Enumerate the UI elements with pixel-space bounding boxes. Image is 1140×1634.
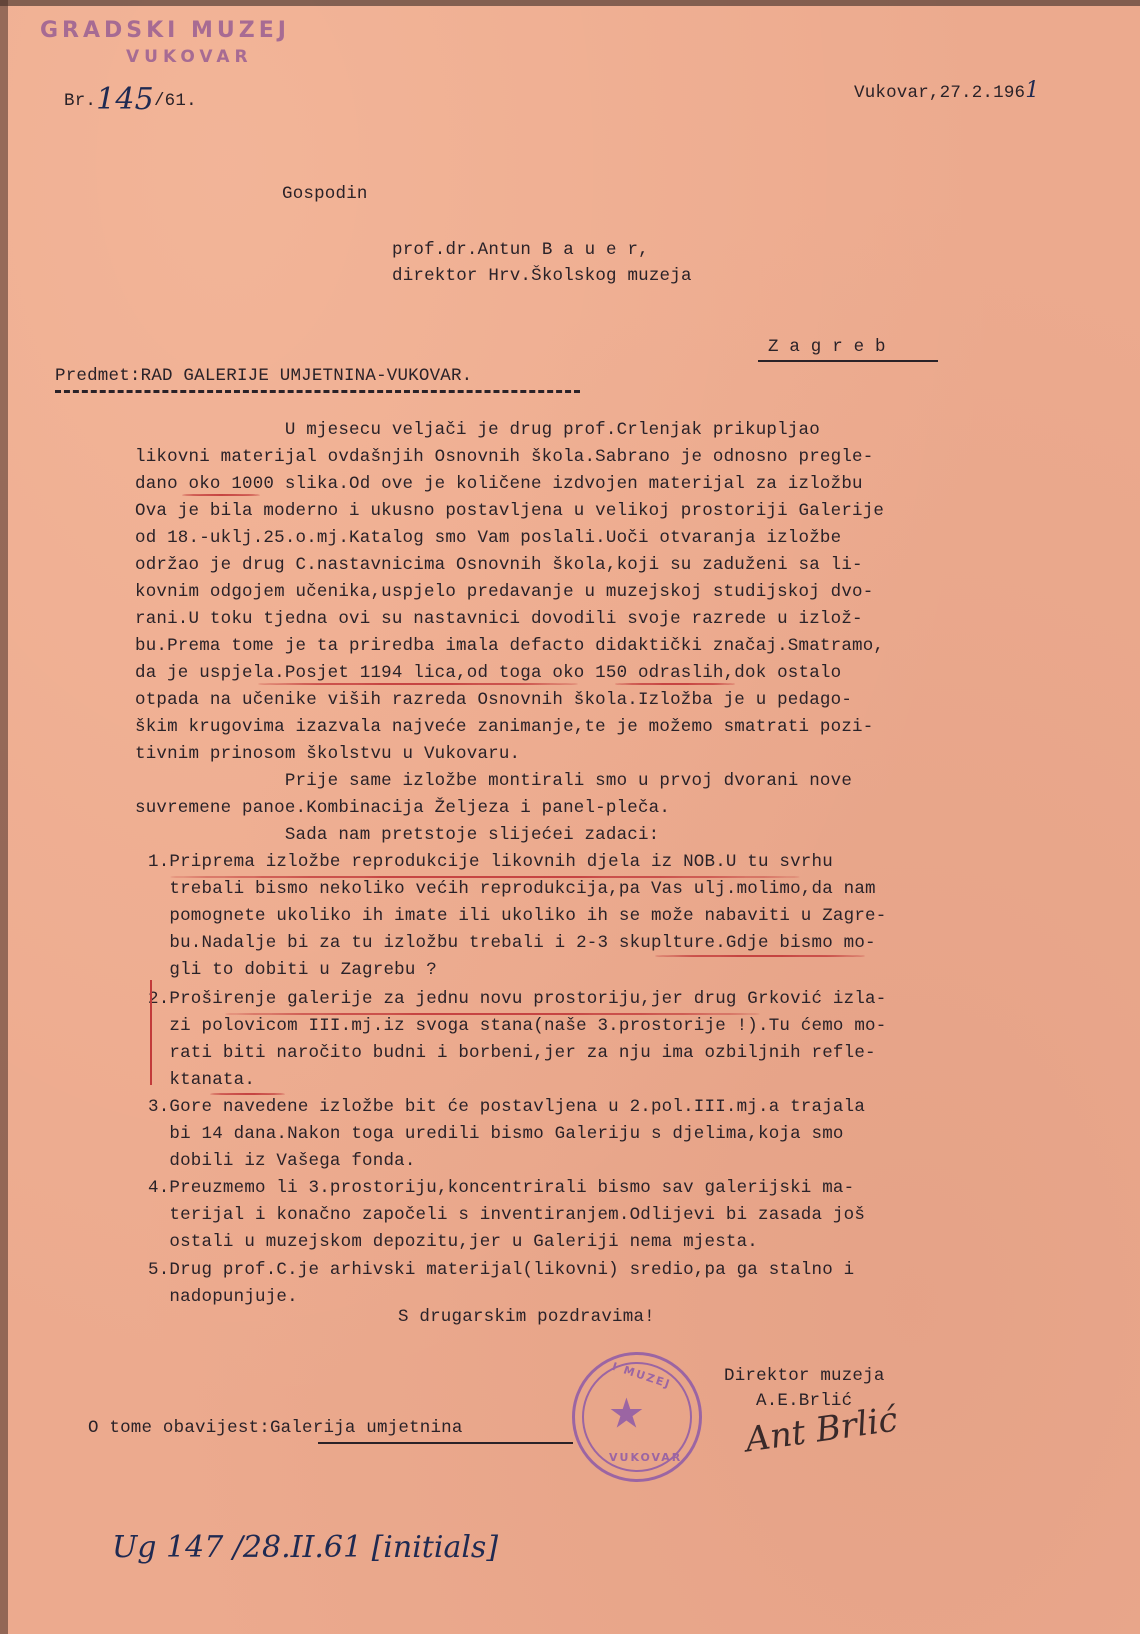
body-line: kovnim odgojem učenika,uspjelo predavanj… bbox=[135, 582, 873, 602]
body-line: Prije same izložbe montirali smo u prvoj… bbox=[135, 771, 852, 791]
body-line: Ova je bila moderno i ukusno postavljena… bbox=[135, 501, 884, 521]
stamp-line-2: VUKOVAR bbox=[126, 47, 290, 67]
red-underline-skulpture bbox=[655, 955, 865, 957]
task-line: 5.Drug prof.C.je arhivski materijal(liko… bbox=[148, 1260, 854, 1280]
body-line: tivnim prinosom školstvu u Vukovaru. bbox=[135, 744, 520, 764]
closing-greeting: S drugarskim pozdravima! bbox=[398, 1307, 655, 1327]
salutation: Gospodin bbox=[282, 184, 368, 204]
recipient-city: Z a g r e b bbox=[768, 337, 886, 357]
task-line: zi polovicom III.mj.iz svoga stana(naše … bbox=[148, 1016, 886, 1036]
seal-bottom-text: VUKOVAR bbox=[609, 1451, 682, 1464]
body-line: Sada nam pretstoje slijećei zadaci: bbox=[135, 825, 659, 845]
subject-text: RAD GALERIJE UMJETNINA-VUKOVAR. bbox=[141, 366, 473, 386]
body-line: suvremene panoe.Kombinacija Željeza i pa… bbox=[135, 798, 670, 818]
task-line: dobili iz Vašega fonda. bbox=[148, 1151, 416, 1171]
cc-label: O tome obavijest: bbox=[88, 1418, 270, 1438]
body-line: da je uspjela.Posjet 1194 lica,od toga o… bbox=[135, 663, 841, 683]
body-line: U mjesecu veljači je drug prof.Crlenjak … bbox=[135, 420, 820, 440]
cc-underline bbox=[318, 1442, 573, 1444]
body-line: rani.U toku tjedna ovi su nastavnici dov… bbox=[135, 609, 863, 629]
task-line: 2.Proširenje galerije za jednu novu pros… bbox=[148, 989, 886, 1009]
museum-seal: I MUZEJ ★ VUKOVAR bbox=[572, 1352, 702, 1482]
red-underline-1000 bbox=[182, 494, 260, 496]
red-underline-150 bbox=[615, 683, 735, 685]
city-underline bbox=[758, 360, 938, 362]
body-line: od 18.-uklj.25.o.mj.Katalog smo Vam posl… bbox=[135, 528, 841, 548]
task-line: bu.Nadalje bi za tu izložbu trebali i 2-… bbox=[148, 933, 876, 953]
task-line: 1.Priprema izložbe reprodukcije likovnih… bbox=[148, 852, 833, 872]
place-date: Vukovar,27.2.1961 bbox=[854, 78, 1039, 103]
ref-handwritten: 145 bbox=[96, 82, 154, 117]
cc-recipient: Galerija umjetnina bbox=[270, 1418, 463, 1438]
subject-line: Predmet:RAD GALERIJE UMJETNINA-VUKOVAR. bbox=[55, 366, 472, 386]
body-line: likovni materijal ovdašnjih Osnovnih ško… bbox=[135, 447, 873, 467]
paper-edge-top bbox=[0, 0, 1140, 6]
red-underline-task2 bbox=[225, 1013, 760, 1015]
task-line: 3.Gore navedene izložbe bit će postavlje… bbox=[148, 1097, 865, 1117]
red-margin-bracket bbox=[150, 980, 152, 1085]
task-line: 4.Preuzmemo li 3.prostoriju,koncentriral… bbox=[148, 1178, 854, 1198]
reference-number: Br.145/61. bbox=[64, 78, 197, 113]
stamp-line-1: GRADSKI MUZEJ bbox=[40, 18, 290, 43]
task-line: gli to dobiti u Zagrebu ? bbox=[148, 960, 437, 980]
task-line: terijal i konačno započeli s inventiranj… bbox=[148, 1205, 865, 1225]
ref-suffix: /61. bbox=[154, 91, 197, 111]
body-line: bu.Prema tome je ta priredba imala defac… bbox=[135, 636, 884, 656]
cc-line: O tome obavijest:Galerija umjetnina bbox=[88, 1418, 463, 1438]
body-line: dano oko 1000 slika.Od ove je količene i… bbox=[135, 474, 863, 494]
body-line: otpada na učenike viših razreda Osnovnih… bbox=[135, 690, 852, 710]
body-line: škim krugovima izazvala najveće zanimanj… bbox=[135, 717, 873, 737]
task-line: rati biti naročito budni i borbeni,jer z… bbox=[148, 1043, 876, 1063]
museum-letterhead-stamp: GRADSKI MUZEJ VUKOVAR bbox=[40, 18, 290, 67]
task-line: trebali bismo nekoliko većih reprodukcij… bbox=[148, 879, 876, 899]
star-icon: ★ bbox=[609, 1385, 644, 1443]
recipient-name: prof.dr.Antun B a u e r, bbox=[392, 240, 649, 260]
place-date-text: Vukovar,27.2.196 bbox=[854, 83, 1025, 103]
red-underline-reflektanata bbox=[210, 1093, 285, 1095]
red-underline-task1 bbox=[170, 876, 800, 878]
recipient-title: direktor Hrv.Školskog muzeja bbox=[392, 266, 692, 286]
signature-title: Direktor muzeja bbox=[724, 1366, 885, 1386]
task-line: pomognete ukoliko ih imate ili ukoliko i… bbox=[148, 906, 886, 926]
subject-underline bbox=[55, 390, 580, 393]
task-line: nadopunjuje. bbox=[148, 1287, 298, 1307]
task-line: ktanata. bbox=[148, 1070, 255, 1090]
subject-label: Predmet: bbox=[55, 366, 141, 386]
date-handwritten-digit: 1 bbox=[1025, 78, 1039, 103]
body-line: održao je drug C.nastavnicima Osnovnih š… bbox=[135, 555, 863, 575]
task-line: ostali u muzejskom depozitu,jer u Galeri… bbox=[148, 1232, 758, 1252]
handwritten-registry-note: Ug 147 /28.II.61 [initials] bbox=[112, 1530, 498, 1565]
task-line: bi 14 dana.Nakon toga uredili bismo Gale… bbox=[148, 1124, 844, 1144]
paper-edge-left bbox=[0, 0, 8, 1634]
ref-prefix: Br. bbox=[64, 91, 96, 111]
red-underline-posjet bbox=[258, 683, 578, 685]
